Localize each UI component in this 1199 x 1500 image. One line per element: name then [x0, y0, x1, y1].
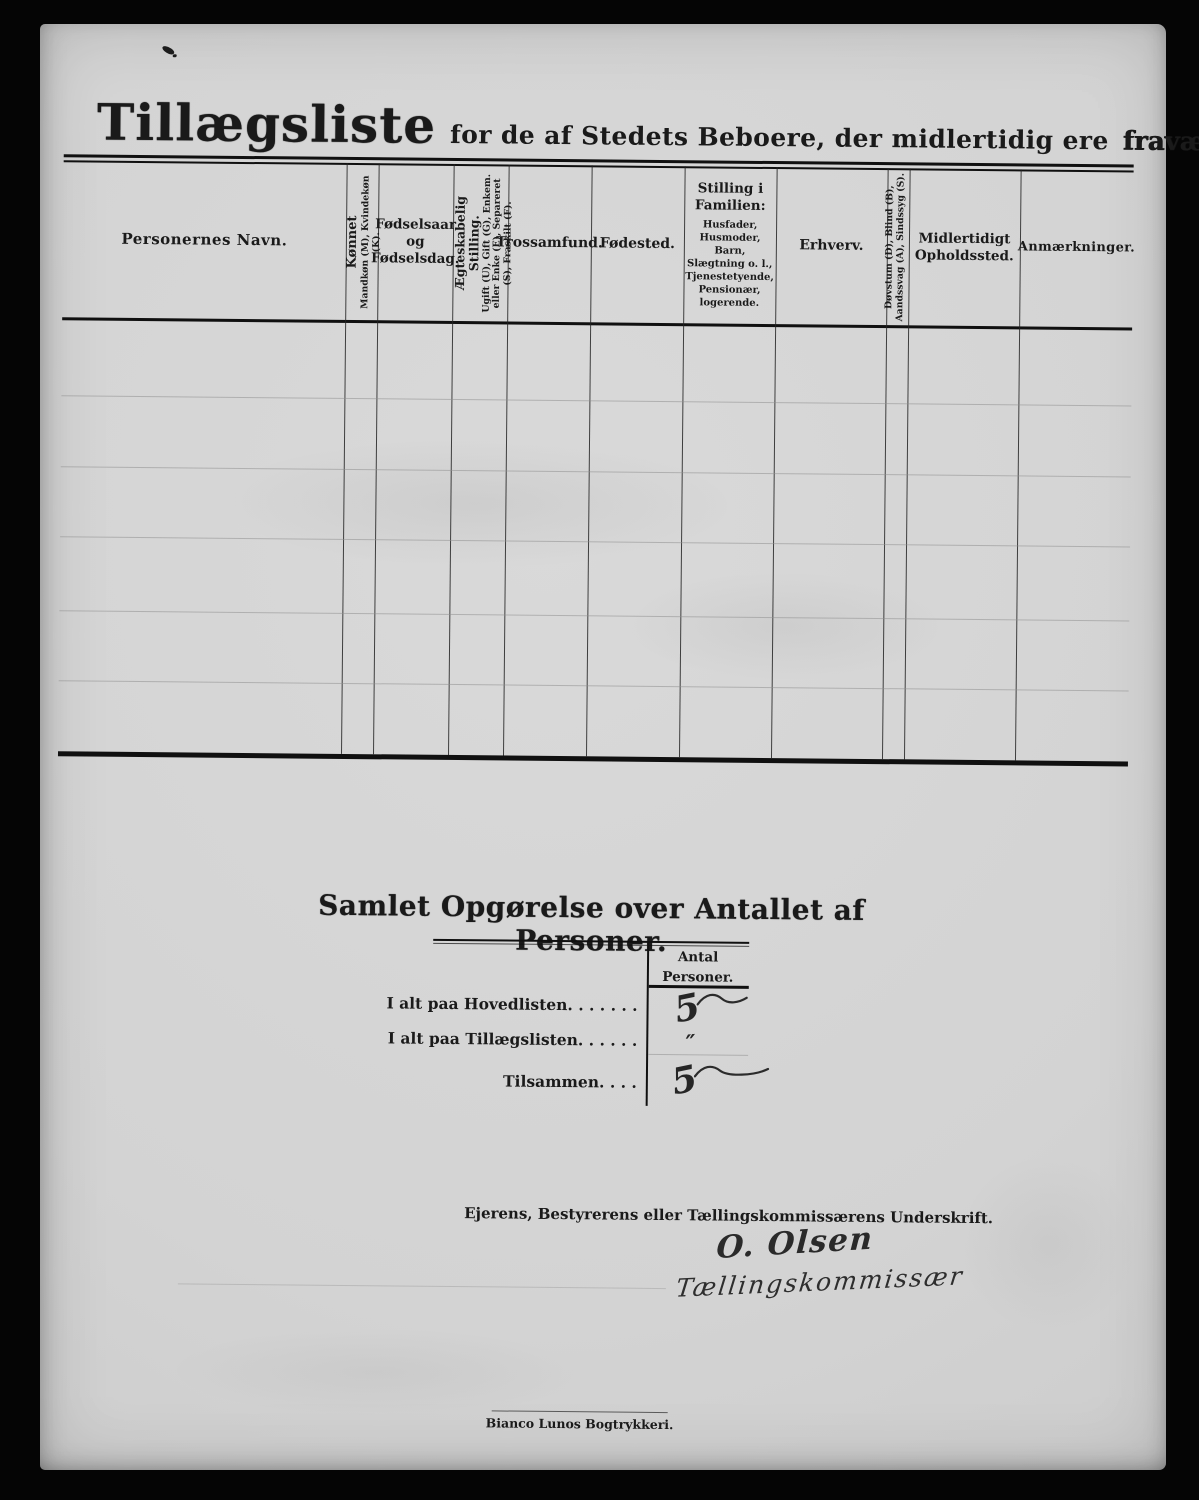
pen-swash [697, 991, 749, 1009]
bleed-through-smudge [957, 1153, 1139, 1335]
column-header-erhverv: Erhverv. [775, 167, 888, 325]
title-subtitle-emphasis: fraværende. [1123, 126, 1199, 158]
summary-value-hovedlisten: 5 [674, 990, 748, 1027]
table-row [61, 395, 1132, 476]
imprint-rule [492, 1410, 668, 1413]
summary-value-tilsammen: 5 [672, 1062, 770, 1099]
scan-background: Tillægsliste for de af Stedets Beboere, … [0, 0, 1199, 1500]
signature-name: O. Olsen [715, 1220, 874, 1266]
signature-section: Ejerens, Bestyrerens eller Tællingskommi… [40, 24, 1166, 35]
column-header-trossamfund: Trossamfund. [507, 165, 592, 323]
table-row [61, 322, 1132, 405]
table-row [58, 680, 1129, 761]
person-table: Personernes Navn. Kønnet Mandkøn (M), Kv… [40, 24, 1166, 35]
summary-section: Samlet Opgørelse over Antallet af Person… [40, 24, 1166, 35]
imprint-text: Bianco Lunos Bogtrykkeri. [470, 1415, 690, 1432]
bleed-through-smudge [167, 1325, 588, 1419]
summary-column-header: Antal Personer. [647, 948, 749, 988]
column-header-foedselsaar: Fødselsaar og Fødselsdag. [377, 163, 454, 321]
title-main: Tillægsliste [97, 93, 437, 155]
pen-swash [694, 1063, 770, 1082]
summary-value-tillaegslisten: ″ [685, 1030, 697, 1057]
table-row [59, 536, 1130, 620]
printed-content: Tillægsliste for de af Stedets Beboere, … [26, 24, 1166, 1481]
summary-row-label: Tilsammen. . . . [283, 1069, 637, 1091]
summary-row-label: I alt paa Hovedlisten. . . . . . . [284, 992, 638, 1014]
census-form-sheet: Tillægsliste for de af Stedets Beboere, … [40, 24, 1166, 1470]
table-row [59, 610, 1130, 690]
faint-line [178, 1283, 666, 1289]
signature-label: Ejerens, Bestyrerens eller Tællingskommi… [449, 1204, 1009, 1227]
column-header-foedested: Fødested. [590, 165, 685, 323]
column-header-stilling-i-familien: Stilling i Familien: Husfader, Husmoder,… [683, 166, 777, 324]
column-header-doevstum: Døvstum (D), Blind (B), Aandssvag (A), S… [886, 168, 910, 325]
column-header-midlertidigt-opholdssted: Midlertidigt Opholdssted. [908, 168, 1021, 326]
summary-row-label: I alt paa Tillægslisten. . . . . . [283, 1027, 637, 1049]
summary-heading: Samlet Opgørelse over Antallet af Person… [291, 888, 892, 960]
column-header-anmaerkninger: Anmærkninger. [1019, 169, 1134, 327]
signature-role: Tællingskommissær [674, 1261, 965, 1302]
page-title: Tillægsliste for de af Stedets Beboere, … [97, 93, 1199, 164]
column-header-personernes-navn: Personernes Navn. [62, 160, 346, 320]
ink-speck [173, 54, 177, 57]
title-subtitle: for de af Stedets Beboere, der midlertid… [450, 120, 1109, 155]
printer-imprint: Bianco Lunos Bogtrykkeri. [40, 24, 1166, 35]
summary-row-divider [648, 1054, 748, 1056]
table-row [60, 466, 1131, 546]
